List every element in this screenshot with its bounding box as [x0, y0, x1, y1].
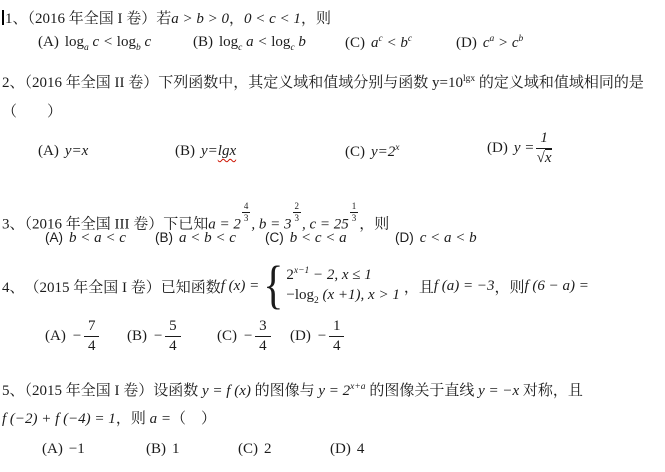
option-label: (D) — [330, 441, 351, 457]
value: −1 — [69, 441, 85, 457]
option-label: (B) — [175, 143, 195, 159]
value: 4 — [357, 441, 365, 457]
q5-text-1: （2015 年全国 I 卷）设函数 — [25, 383, 203, 399]
answer-parentheses: （ ） — [2, 104, 62, 120]
q5-math-1: y = f (x) — [202, 383, 251, 399]
denominator: 4 — [84, 337, 100, 355]
piecewise-function: {2x−1 − 2, x ≤ 1−log2 (x +1), x > 1 — [263, 265, 400, 307]
q5-option-b: (B)1 — [146, 441, 180, 458]
base: 2 — [286, 267, 294, 283]
q4-text-3: ，则 — [495, 276, 525, 297]
fraction: 74 — [84, 318, 100, 356]
value: 1 — [172, 441, 180, 457]
formula-mid: < — [383, 35, 401, 51]
formula: a < b < c — [179, 230, 236, 246]
q5-stem-line-2: f (−2) + f (−4) = 1，则 a =（ ） — [2, 407, 216, 428]
q5-math-2: y = 2 — [318, 383, 350, 399]
text-cursor[interactable] — [2, 10, 4, 25]
curly-brace: { — [263, 260, 283, 313]
piecewise-row-2: −log2 (x +1), x > 1 — [286, 287, 399, 306]
q2-options: (A)y=x (B)y=lgx (C)y=2x (D)y = 1√x — [0, 143, 665, 183]
q1-math-1: a > b > 0 — [171, 11, 229, 27]
option-label: (A) — [38, 34, 59, 50]
option-label: (A) — [38, 143, 59, 159]
formula-mid: c < — [89, 34, 117, 50]
q4-text-2: ，且 — [404, 276, 434, 297]
row-condition: − 2, x ≤ 1 — [309, 267, 372, 283]
q4-function-lhs: f (x) = — [221, 278, 259, 295]
option-label: (A) — [45, 230, 63, 245]
numerator: 1 — [536, 130, 552, 149]
answer-parentheses: （ ） — [171, 411, 216, 427]
option-label: (B) — [146, 441, 166, 457]
fraction: 14 — [329, 318, 345, 356]
option-label: (C) — [345, 144, 365, 160]
option-label: (C) — [345, 35, 365, 51]
exponent-fraction: 43 — [242, 202, 251, 224]
q5-option-a: (A)−1 — [42, 441, 85, 458]
q4-stem: 4、（2015 年全国 I 卷）已知函数 f (x) ={2x−1 − 2, x… — [2, 258, 589, 314]
minus-sign: − — [317, 328, 327, 345]
q2-option-b: (B)y=lgx — [175, 143, 236, 160]
q2-number: 2、 — [2, 75, 25, 91]
q4-number: 4、 — [2, 276, 25, 297]
row-condition: (x +1), x > 1 — [319, 287, 400, 303]
numerator: 2 — [293, 202, 302, 213]
q2-option-d: (D)y = 1√x — [487, 130, 552, 168]
log-symbol: log — [117, 34, 136, 50]
exponent: b — [519, 34, 524, 44]
q4-math-2: f (a) = −3 — [434, 278, 495, 295]
q4-options: (A)−74 (B)−54 (C)−34 (D)−14 — [0, 318, 665, 358]
exponent: x+a — [350, 382, 365, 392]
denominator: 4 — [165, 337, 181, 355]
formula: b < c < a — [290, 230, 347, 246]
formula-pre: y= — [201, 143, 218, 159]
option-label: (C) — [217, 328, 237, 345]
formula: y=x — [65, 143, 88, 159]
numerator: 7 — [84, 318, 100, 337]
q1-source-text: （2016 年全国 I 卷）若 — [28, 11, 172, 27]
log-symbol: log — [219, 34, 238, 50]
q5-number: 5、 — [2, 383, 25, 399]
q5-option-c: (C)2 — [238, 441, 272, 458]
q4-option-d: (D)−14 — [290, 318, 344, 356]
denominator: 3 — [242, 213, 251, 223]
q3-option-a: (A)b < a < c — [45, 230, 126, 247]
exponent: lgx — [463, 74, 475, 84]
q4-text-1: （2015 年全国 I 卷）已知函数 — [25, 276, 221, 297]
q5-text-5: ，则 — [116, 411, 150, 427]
option-label: (C) — [238, 441, 258, 457]
base: c — [512, 35, 519, 51]
value: 2 — [264, 441, 272, 457]
log-symbol: log — [65, 34, 84, 50]
q1-text-3: ，则 — [301, 11, 331, 27]
option-label: (D) — [290, 328, 311, 345]
formula-pre: y = — [514, 140, 535, 157]
q4-option-b: (B)−54 — [127, 318, 181, 356]
q1-options: (A)loga c < logb c (B)logc a < logc b (C… — [0, 34, 665, 58]
formula-mid: > — [494, 35, 512, 51]
formula: b < a < c — [69, 230, 126, 246]
fraction: 34 — [255, 318, 271, 356]
exponent: c — [408, 34, 412, 44]
q2-text-1: （2016 年全国 II 卷）下列函数中，其定义域和值域分别与函数 — [25, 75, 433, 91]
exponent-fraction: 13 — [350, 202, 359, 224]
q3-option-b: (B)a < b < c — [155, 230, 236, 247]
formula-pre: y=2 — [371, 144, 395, 160]
numerator: 1 — [350, 202, 359, 213]
numerator: 1 — [329, 318, 345, 337]
option-label: (B) — [193, 34, 213, 50]
q1-number: 1、 — [5, 11, 28, 27]
q1-option-a: (A)loga c < logb c — [38, 34, 151, 53]
denominator: 4 — [255, 337, 271, 355]
denominator: 3 — [293, 213, 302, 223]
q3-option-c: (C)b < c < a — [265, 230, 347, 247]
option-label: (C) — [265, 230, 284, 245]
minus-sign: − — [243, 328, 253, 345]
q1-math-2: 0 < c < 1 — [244, 11, 301, 27]
q2-option-a: (A)y=x — [38, 143, 88, 160]
exponent-fraction: 23 — [293, 202, 302, 224]
q1-option-b: (B)logc a < logc b — [193, 34, 306, 53]
option-label: (D) — [395, 230, 414, 245]
exponent: x — [395, 143, 399, 153]
q2-text-2: 的定义域和值域相同的是 — [475, 75, 644, 91]
q4-option-c: (C)−34 — [217, 318, 271, 356]
formula-tail: c — [141, 34, 151, 50]
exam-document-page: 1、（2016 年全国 I 卷）若a > b > 0，0 < c < 1，则 (… — [0, 0, 665, 472]
numerator: 3 — [255, 318, 271, 337]
fraction: 54 — [165, 318, 181, 356]
option-label: (D) — [487, 140, 508, 157]
q3-options: (A)b < a < c (B)a < b < c (C)b < c < a (… — [0, 230, 665, 254]
minus-sign: − — [72, 328, 82, 345]
q2-stem: 2、（2016 年全国 II 卷）下列函数中，其定义域和值域分别与函数 y=10… — [2, 71, 644, 92]
option-label: (A) — [45, 328, 66, 345]
option-label: (A) — [42, 441, 63, 457]
fraction: 1√x — [536, 130, 552, 168]
q5-text-3: 的图像关于直线 — [366, 383, 479, 399]
option-label: (B) — [155, 230, 173, 245]
q5-option-d: (D)4 — [330, 441, 364, 458]
minus-sign: − — [153, 328, 163, 345]
piecewise-rows: 2x−1 − 2, x ≤ 1−log2 (x +1), x > 1 — [286, 266, 399, 306]
option-label: (B) — [127, 328, 147, 345]
formula: c < a < b — [420, 230, 477, 246]
q5-math-4: f (−2) + f (−4) = 1 — [2, 411, 116, 427]
denominator: √x — [536, 149, 552, 167]
q1-text-2: ， — [229, 11, 244, 27]
q5-options: (A)−1 (B)1 (C)2 (D)4 — [0, 441, 665, 465]
q5-math-5: a = — [150, 411, 171, 427]
numerator: 5 — [165, 318, 181, 337]
q2-answer-blank: （ ） — [2, 100, 62, 121]
q1-option-d: (D)ca > cb — [456, 34, 523, 52]
q2-option-c: (C)y=2x — [345, 143, 400, 161]
base: a — [371, 35, 379, 51]
q4-option-a: (A)−74 — [45, 318, 99, 356]
q5-text-4: 对称，且 — [519, 383, 583, 399]
log-symbol: −log — [286, 287, 314, 303]
numerator: 4 — [242, 202, 251, 213]
q3-stem: 3、（2016 年全国 III 卷）下已知a = 243, b = 323, c… — [2, 202, 389, 233]
q5-math-3: y = −x — [478, 383, 519, 399]
formula-tail: b — [295, 34, 306, 50]
q1-stem: 1、（2016 年全国 I 卷）若a > b > 0，0 < c < 1，则 — [2, 7, 331, 28]
q4-math-3: f (6 − a) = — [525, 278, 589, 295]
radicand: x — [545, 149, 552, 166]
radical-sign: √ — [537, 150, 545, 166]
denominator: 3 — [350, 213, 359, 223]
q3-option-d: (D)c < a < b — [395, 230, 477, 247]
spellcheck-underlined-text: lgx — [218, 143, 236, 159]
denominator: 4 — [329, 337, 345, 355]
formula-mid: a < — [242, 34, 271, 50]
q5-text-2: 的图像与 — [251, 383, 319, 399]
q2-math-1: y=10 — [432, 75, 463, 91]
base: b — [400, 35, 408, 51]
exponent: x−1 — [294, 266, 309, 276]
base: c — [483, 35, 490, 51]
option-label: (D) — [456, 35, 477, 51]
log-symbol: log — [271, 34, 290, 50]
piecewise-row-1: 2x−1 − 2, x ≤ 1 — [286, 266, 399, 284]
q1-option-c: (C)ac < bc — [345, 34, 412, 52]
q5-stem-line-1: 5、（2015 年全国 I 卷）设函数 y = f (x) 的图像与 y = 2… — [2, 379, 583, 400]
